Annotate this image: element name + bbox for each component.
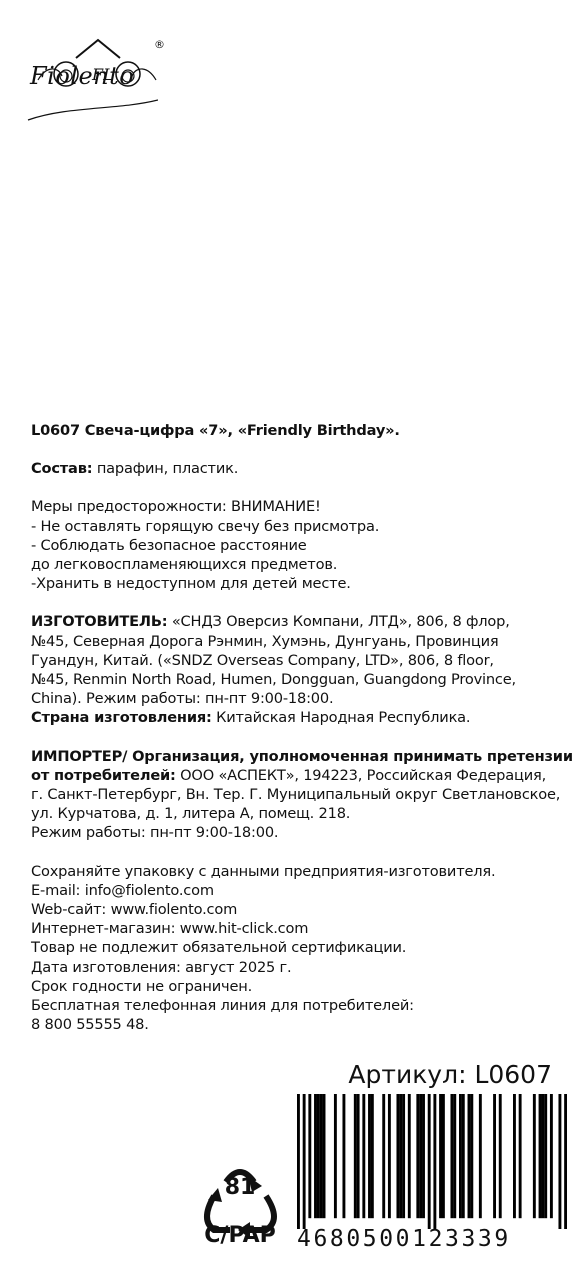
website: Web-сайт: www.fiolento.com <box>31 900 571 919</box>
recycle-label: C/PAP <box>190 1223 290 1248</box>
manufacture-date: Дата изготовления: август 2025 г. <box>31 958 571 977</box>
recycle-code: 81 <box>196 1175 284 1200</box>
email: E-mail: info@fiolento.com <box>31 881 571 900</box>
shelf-life: Срок годности не ограничен. <box>31 977 571 996</box>
country-label: Страна изготовления: <box>31 709 212 726</box>
online-store: Интернет-магазин: www.hit-click.com <box>31 919 571 938</box>
info: Сохраняйте упаковку с данными предприяти… <box>31 862 571 1035</box>
barcode-number: 4680500123339 <box>297 1226 511 1252</box>
importer-line: ул. Курчатова, д. 1, литера А, помещ. 21… <box>31 804 571 823</box>
precautions: Меры предосторожности: ВНИМАНИЕ! - Не ос… <box>31 497 571 593</box>
manufacturer: ИЗГОТОВИТЕЛЬ: «СНДЗ Оверсиз Компани, ЛТД… <box>31 612 571 727</box>
composition-value: парафин, пластик. <box>92 460 238 477</box>
info-line: Сохраняйте упаковку с данными предприяти… <box>31 862 571 881</box>
composition-label: Состав: <box>31 460 92 477</box>
importer: ИМПОРТЕР/ Организация, уполномоченная пр… <box>31 747 571 843</box>
article-number: Артикул: L0607 <box>348 1060 552 1089</box>
info-line: Товар не подлежит обязательной сертифика… <box>31 938 571 957</box>
precautions-heading: Меры предосторожности: ВНИМАНИЕ! <box>31 497 571 516</box>
country-value: Китайская Народная Республика. <box>212 709 471 726</box>
label-text: L0607 Свеча-цифра «7», «Friendly Birthda… <box>31 421 571 1053</box>
importer-line: Режим работы: пн-пт 9:00-18:00. <box>31 823 571 842</box>
brand-name: Fiolento <box>30 62 134 90</box>
precaution-line: -Хранить в недоступном для детей месте. <box>31 574 571 593</box>
manufacturer-line: №45, Renmin North Road, Humen, Dongguan,… <box>31 670 571 689</box>
importer-label: ИМПОРТЕР/ Организация, уполномоченная пр… <box>31 747 571 766</box>
precaution-line: - Не оставлять горящую свечу без присмот… <box>31 517 571 536</box>
product-title: L0607 Свеча-цифра «7», «Friendly Birthda… <box>31 421 571 440</box>
manufacturer-line: Гуандун, Китай. («SNDZ Overseas Company,… <box>31 651 571 670</box>
importer-line: г. Санкт-Петербург, Вн. Тер. Г. Муниципа… <box>31 785 571 804</box>
hotline-number: 8 800 55555 48. <box>31 1015 571 1034</box>
hotline-label: Бесплатная телефонная линия для потребит… <box>31 996 571 1015</box>
precaution-line: до легковоспламеняющихся предметов. <box>31 555 571 574</box>
registered-mark: ® <box>154 38 165 51</box>
manufacturer-label: ИЗГОТОВИТЕЛЬ: <box>31 613 167 630</box>
manufacturer-line: №45, Северная Дорога Рэнмин, Хумэнь, Дун… <box>31 632 571 651</box>
composition: Состав: парафин, пластик. <box>31 459 571 478</box>
precaution-line: - Соблюдать безопасное расстояние <box>31 536 571 555</box>
manufacturer-line: China). Режим работы: пн-пт 9:00-18:00. <box>31 689 571 708</box>
ean13-barcode-icon <box>297 1094 567 1229</box>
